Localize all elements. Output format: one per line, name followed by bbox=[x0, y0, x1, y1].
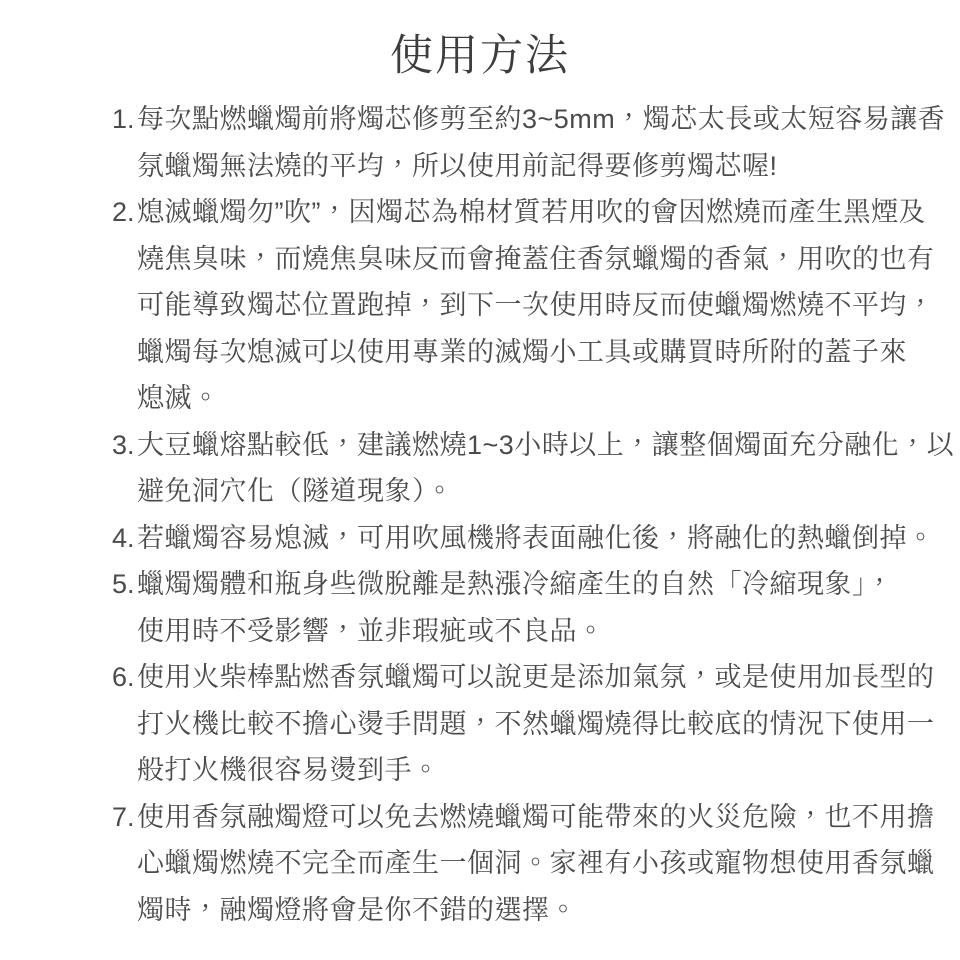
instruction-item-5: 5. 蠟燭燭體和瓶身些微脫離是熱漲冷縮產生的自然「冷縮現象」， 使用時不受影響，… bbox=[112, 561, 860, 654]
text-line: 每次點燃蠟燭前將燭芯修剪至約3~5mm，燭芯太長或太短容易讓香 bbox=[137, 96, 945, 143]
text-line: 熄滅蠟燭勿”吹”，因燭芯為棉材質若用吹的會因燃燒而產生黑煙及 bbox=[137, 189, 935, 236]
item-number: 1. bbox=[112, 96, 137, 143]
text-line: 大豆蠟熔點較低，建議燃燒1~3小時以上，讓整個燭面充分融化，以 bbox=[137, 422, 954, 469]
text-line: 熄滅。 bbox=[137, 375, 935, 422]
instruction-item-3: 3. 大豆蠟熔點較低，建議燃燒1~3小時以上，讓整個燭面充分融化，以 避免洞穴化… bbox=[112, 422, 860, 515]
text-line: 蠟燭燭體和瓶身些微脫離是熱漲冷縮產生的自然「冷縮現象」， bbox=[137, 561, 894, 608]
instruction-list: 1. 每次點燃蠟燭前將燭芯修剪至約3~5mm，燭芯太長或太短容易讓香 氛蠟燭無法… bbox=[112, 96, 860, 933]
text-line: 若蠟燭容易熄滅，可用吹風機將表面融化後，將融化的熱蠟倒掉。 bbox=[137, 515, 935, 562]
item-number: 3. bbox=[112, 422, 137, 469]
text-line: 蠟燭每次熄滅可以使用專業的滅燭小工具或購買時所附的蓋子來 bbox=[137, 329, 935, 376]
item-number: 7. bbox=[112, 794, 137, 841]
text-line: 使用火柴棒點燃香氛蠟燭可以說更是添加氣氛，或是使用加長型的 bbox=[137, 654, 935, 701]
instruction-item-7: 7. 使用香氛融燭燈可以免去燃燒蠟燭可能帶來的火災危險，也不用擔 心蠟燭燃燒不完… bbox=[112, 794, 860, 934]
item-number: 6. bbox=[112, 654, 137, 701]
usage-instructions-document: 使用方法 1. 每次點燃蠟燭前將燭芯修剪至約3~5mm，燭芯太長或太短容易讓香 … bbox=[0, 0, 960, 960]
item-number: 4. bbox=[112, 515, 137, 562]
instruction-item-4: 4. 若蠟燭容易熄滅，可用吹風機將表面融化後，將融化的熱蠟倒掉。 bbox=[112, 515, 860, 562]
instruction-item-1: 1. 每次點燃蠟燭前將燭芯修剪至約3~5mm，燭芯太長或太短容易讓香 氛蠟燭無法… bbox=[112, 96, 860, 189]
instruction-item-6: 6. 使用火柴棒點燃香氛蠟燭可以說更是添加氣氛，或是使用加長型的 打火機比較不擔… bbox=[112, 654, 860, 794]
text-line: 使用香氛融燭燈可以免去燃燒蠟燭可能帶來的火災危險，也不用擔 bbox=[137, 794, 935, 841]
text-line: 般打火機很容易燙到手。 bbox=[137, 747, 935, 794]
item-text: 每次點燃蠟燭前將燭芯修剪至約3~5mm，燭芯太長或太短容易讓香 氛蠟燭無法燒的平… bbox=[137, 96, 945, 189]
item-text: 若蠟燭容易熄滅，可用吹風機將表面融化後，將融化的熱蠟倒掉。 bbox=[137, 515, 935, 562]
item-text: 使用香氛融燭燈可以免去燃燒蠟燭可能帶來的火災危險，也不用擔 心蠟燭燃燒不完全而產… bbox=[137, 794, 935, 934]
text-line: 避免洞穴化（隧道現象）。 bbox=[137, 468, 954, 515]
text-line: 燭時，融燭燈將會是你不錯的選擇。 bbox=[137, 887, 935, 934]
item-text: 大豆蠟熔點較低，建議燃燒1~3小時以上，讓整個燭面充分融化，以 避免洞穴化（隧道… bbox=[137, 422, 954, 515]
item-number: 2. bbox=[112, 189, 137, 236]
item-text: 使用火柴棒點燃香氛蠟燭可以說更是添加氣氛，或是使用加長型的 打火機比較不擔心燙手… bbox=[137, 654, 935, 794]
item-text: 熄滅蠟燭勿”吹”，因燭芯為棉材質若用吹的會因燃燒而產生黑煙及 燒焦臭味，而燒焦臭… bbox=[137, 189, 935, 422]
item-text: 蠟燭燭體和瓶身些微脫離是熱漲冷縮產生的自然「冷縮現象」， 使用時不受影響，並非瑕… bbox=[137, 561, 894, 654]
instruction-item-2: 2. 熄滅蠟燭勿”吹”，因燭芯為棉材質若用吹的會因燃燒而產生黑煙及 燒焦臭味，而… bbox=[112, 189, 860, 422]
text-line: 打火機比較不擔心燙手問題，不然蠟燭燒得比較底的情況下使用一 bbox=[137, 701, 935, 748]
text-line: 可能導致燭芯位置跑掉，到下一次使用時反而使蠟燭燃燒不平均， bbox=[137, 282, 935, 329]
page-title: 使用方法 bbox=[0, 27, 960, 85]
text-line: 心蠟燭燃燒不完全而產生一個洞。家裡有小孩或寵物想使用香氛蠟 bbox=[137, 840, 935, 887]
text-line: 使用時不受影響，並非瑕疵或不良品。 bbox=[137, 608, 894, 655]
text-line: 燒焦臭味，而燒焦臭味反而會掩蓋住香氛蠟燭的香氣，用吹的也有 bbox=[137, 236, 935, 283]
text-line: 氛蠟燭無法燒的平均，所以使用前記得要修剪燭芯喔! bbox=[137, 143, 945, 190]
item-number: 5. bbox=[112, 561, 137, 608]
